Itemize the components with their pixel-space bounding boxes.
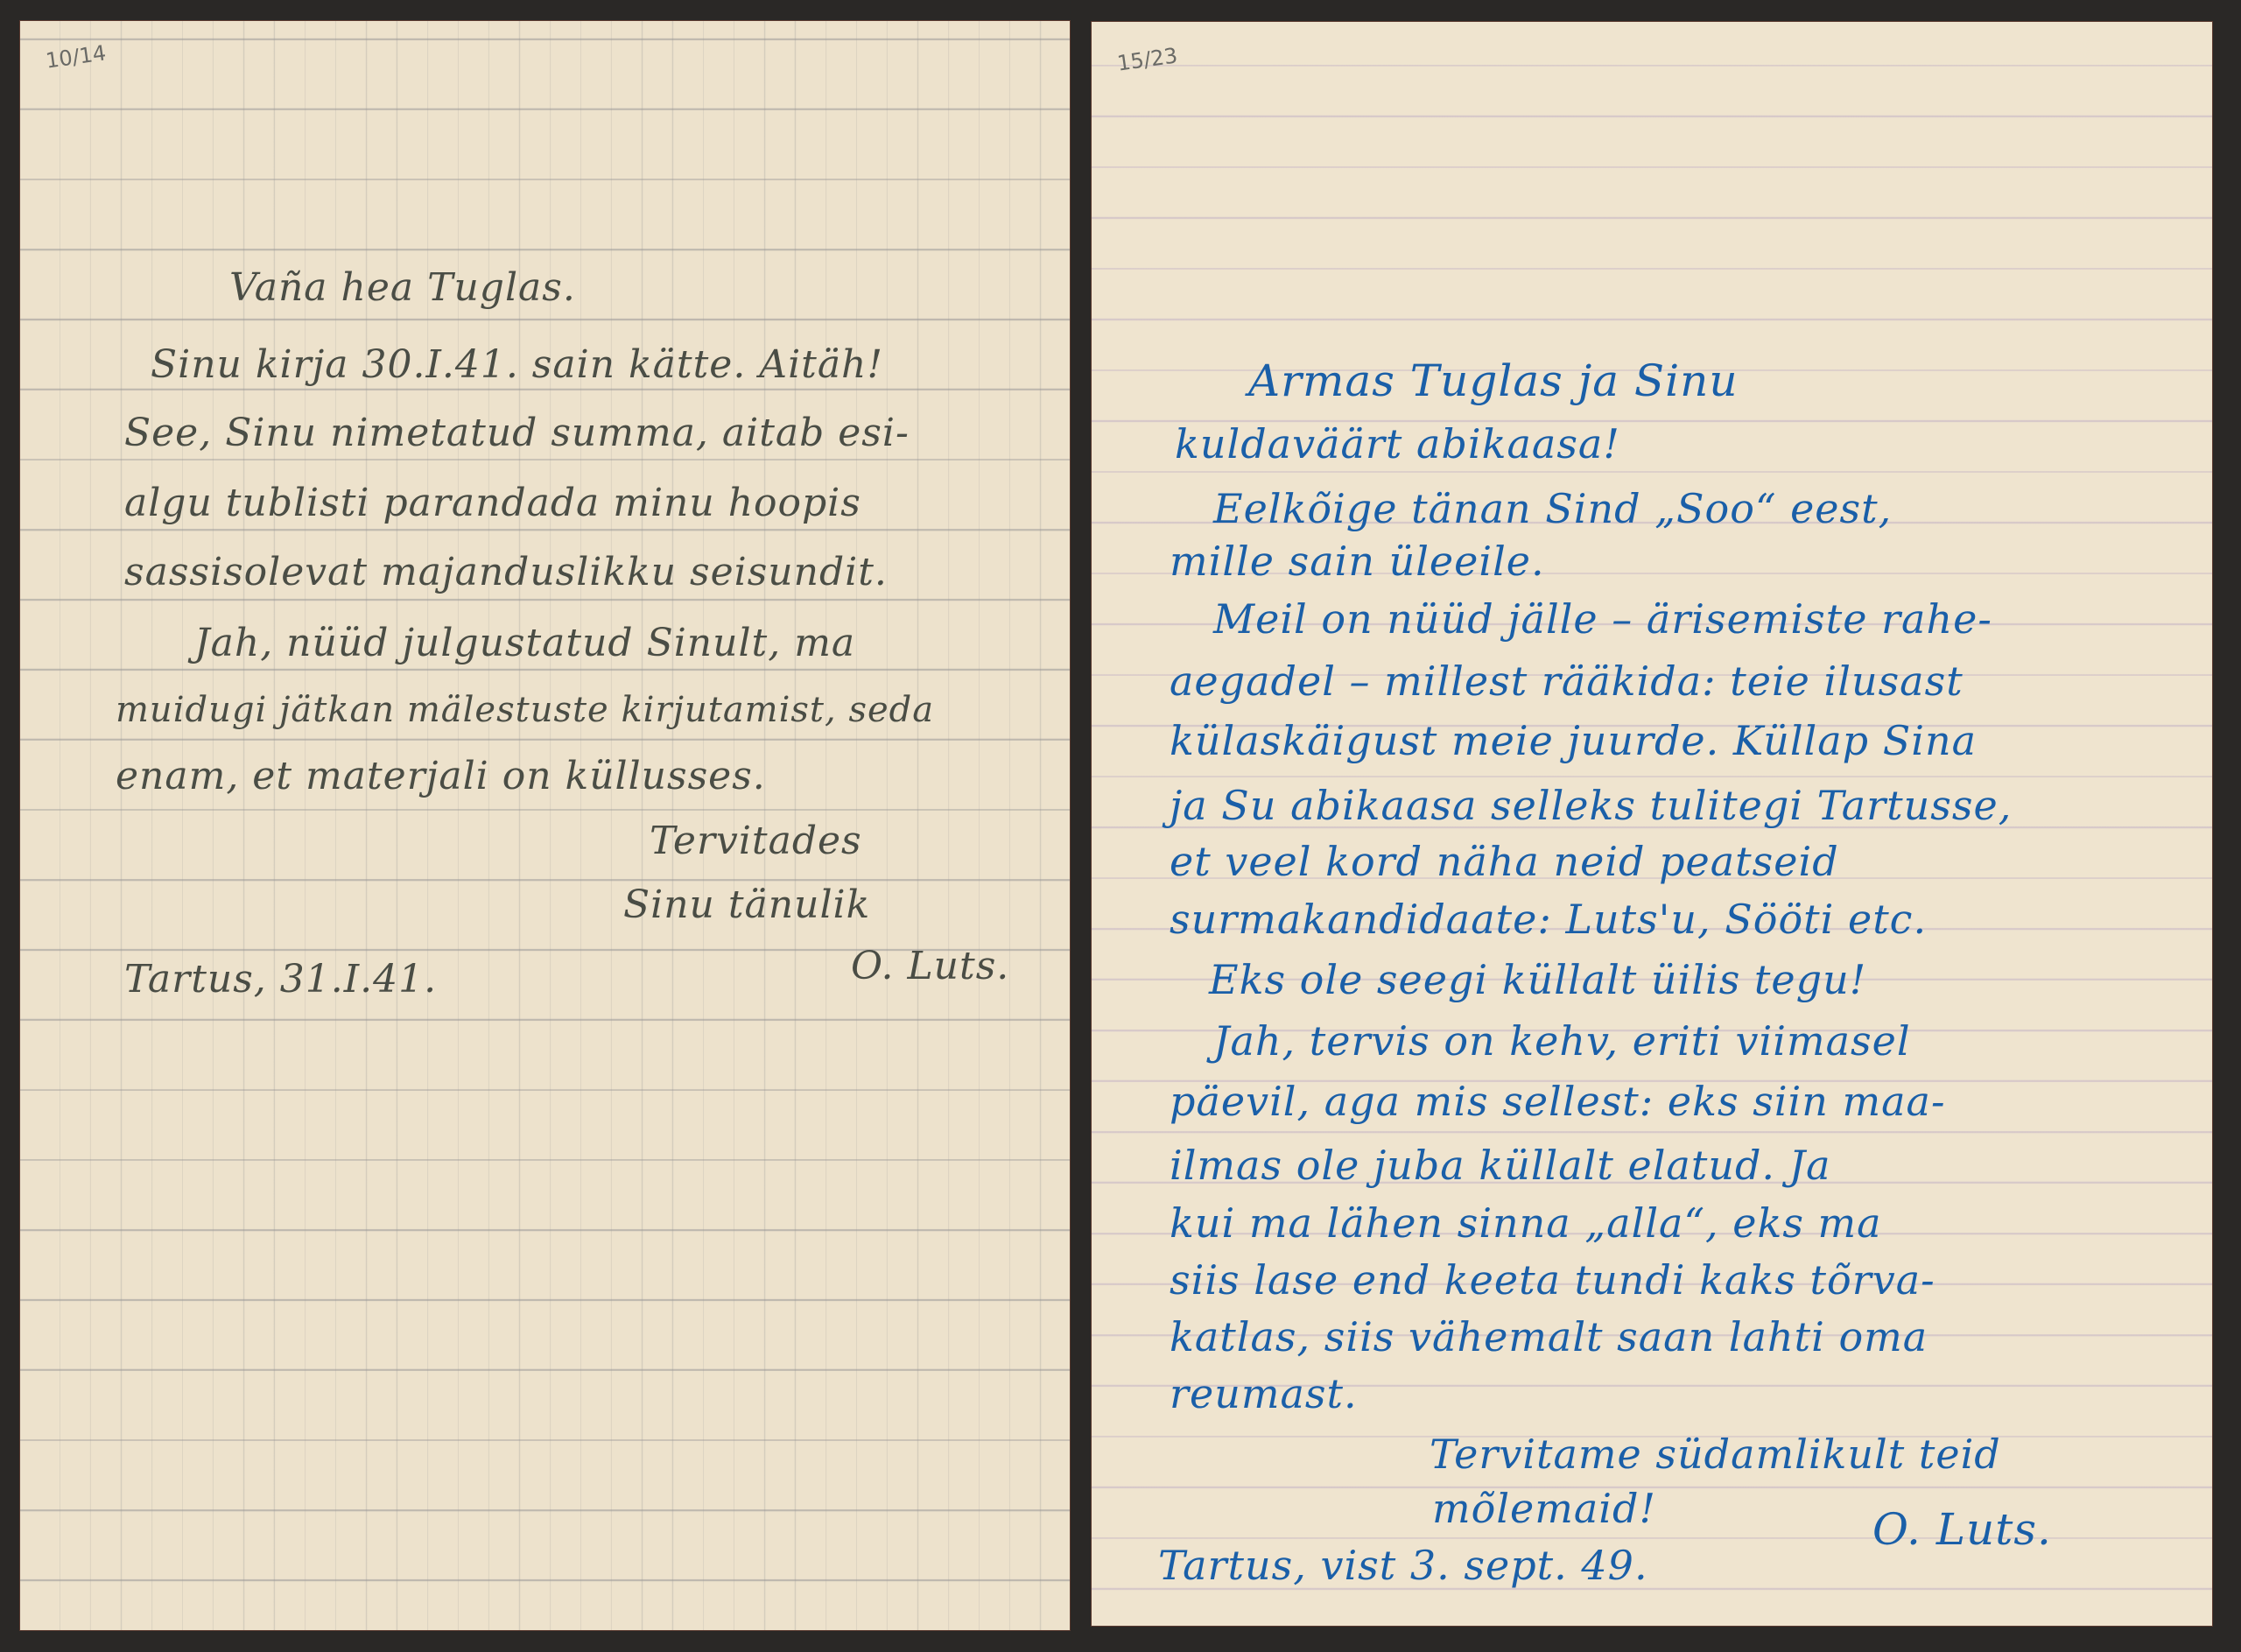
letter-signature: O. Luts. xyxy=(1872,1504,2052,1555)
letter-line: ilmas ole juba küllalt elatud. Ja xyxy=(1170,1142,1831,1189)
letter-closing: Tervitades xyxy=(650,819,862,863)
letter-line: Jah, tervis on kehv, eriti viimasel xyxy=(1213,1017,1911,1065)
letter-salutation: kuldaväärt abikaasa! xyxy=(1175,420,1620,467)
letter-line: külaskäigust meie juurde. Küllap Sina xyxy=(1170,717,1977,764)
letter-line: reumast. xyxy=(1170,1370,1358,1417)
letter-closing: Sinu tänulik xyxy=(623,882,870,927)
letter-signature: O. Luts. xyxy=(851,944,1009,988)
letter-line: mille sain üleeile. xyxy=(1170,538,1545,585)
letter-line: aegadel – millest rääkida: teie ilusast xyxy=(1170,657,1964,705)
letter-salutation: Vaña hea Tuglas. xyxy=(229,265,576,310)
letter-line: päevil, aga mis sellest: eks siin maa- xyxy=(1170,1078,1946,1125)
letter-line: Jah, nüüd julgustatud Sinult, ma xyxy=(194,621,855,665)
letter-line: muidugi jätkan mälestuste kirjutamist, s… xyxy=(116,690,934,730)
folio-number: 10/14 xyxy=(44,40,107,73)
letter-line: surmakandidaate: Luts'u, Sööti etc. xyxy=(1170,896,1927,943)
letter-line: kui ma lähen sinna „alla“, eks ma xyxy=(1170,1199,1882,1247)
letter-line: algu tublisti parandada minu hoopis xyxy=(124,481,861,525)
letter-line: Eelkõige tänan Sind „Soo“ eest, xyxy=(1213,485,1892,532)
letter-line: enam, et materjali on küllusses. xyxy=(116,754,766,798)
letter-place-date: Tartus, 31.I.41. xyxy=(124,957,437,1002)
letter-closing: Tervitame südamlikult teid xyxy=(1430,1431,2001,1478)
letter-page-right: 15/23 Armas Tuglas ja Sinu kuldaväärt ab… xyxy=(1091,21,2213,1627)
letter-line: et veel kord näha neid peatseid xyxy=(1170,838,1839,885)
letter-line: ja Su abikaasa selleks tulitegi Tartusse… xyxy=(1170,782,2012,829)
letter-line: Meil on nüüd jälle – ärisemiste rahe- xyxy=(1213,595,1992,643)
letter-line: Sinu kirja 30.I.41. sain kätte. Aitäh! xyxy=(151,342,883,387)
letter-line: katlas, siis vähemalt saan lahti oma xyxy=(1170,1313,1928,1360)
folio-number: 15/23 xyxy=(1115,43,1178,75)
letter-closing: mõlemaid! xyxy=(1432,1485,1656,1532)
letter-line: Eks ole seegi küllalt üilis tegu! xyxy=(1209,956,1866,1003)
letter-line: sassisolevat majanduslikku seisundit. xyxy=(124,550,888,594)
letter-line: siis lase end keeta tundi kaks tõrva- xyxy=(1170,1256,1935,1304)
letter-line: See, Sinu nimetatud summa, aitab esi- xyxy=(124,411,910,455)
letter-salutation: Armas Tuglas ja Sinu xyxy=(1248,355,1739,406)
letter-page-left: 10/14 Vaña hea Tuglas. Sinu kirja 30.I.4… xyxy=(19,20,1071,1631)
letter-place-date: Tartus, vist 3. sept. 49. xyxy=(1158,1542,1648,1589)
